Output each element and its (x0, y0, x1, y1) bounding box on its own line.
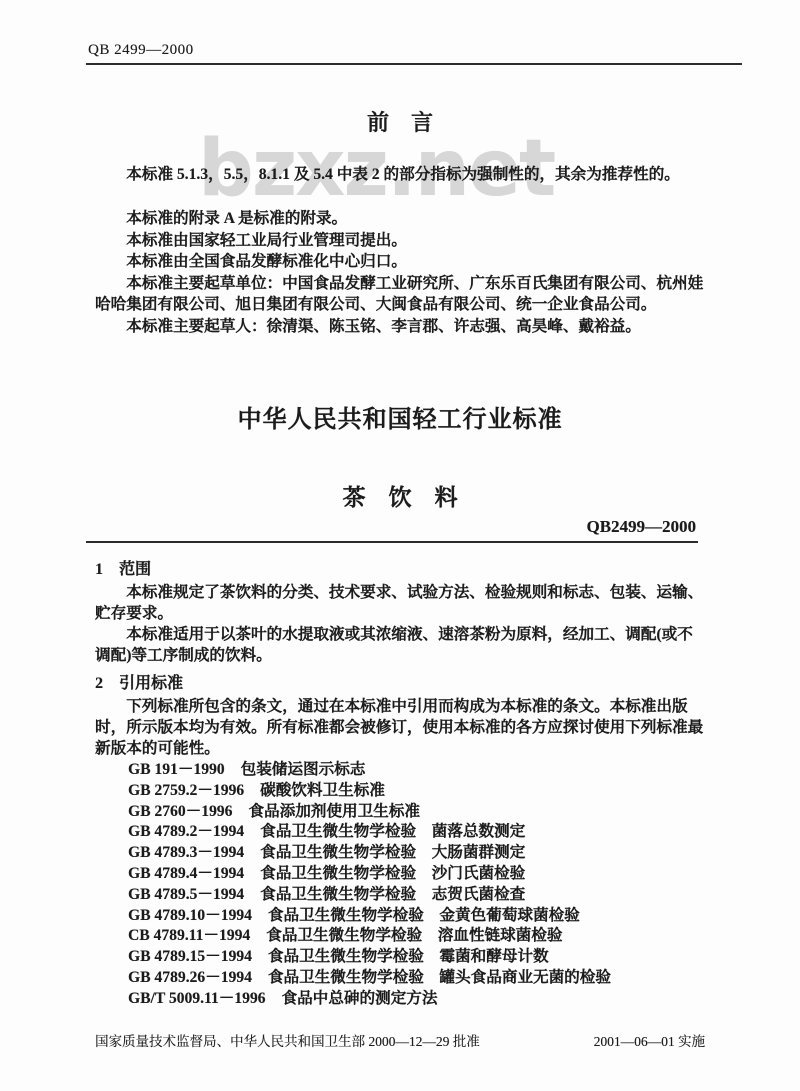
standard-subject-title: 茶 饮 料 (0, 479, 800, 512)
reference-code: GB 4789.3－1994 (128, 844, 244, 861)
foreword-paragraph: 本标准主要起草单位：中国食品发酵工业研究所、广东乐百氏集团有限公司、杭州娃哈哈集… (95, 273, 705, 316)
reference-title: 食品中总砷的测定方法 (281, 990, 437, 1007)
foreword-paragraph: 本标准的附录 A 是标准的附录。 (95, 208, 705, 230)
section-2-heading: 2 引用标准 (95, 673, 705, 694)
reference-title: 包装储运图示标志 (241, 761, 366, 778)
reference-code: CB 4789.11－1994 (128, 927, 250, 944)
reference-code: GB 4789.2－1994 (128, 823, 244, 840)
reference-code: GB 2759.2－1996 (128, 782, 244, 799)
foreword-paragraph: 本标准由国家轻工业局行业管理司提出。 (95, 230, 705, 252)
footer-approval-text: 国家质量技术监督局、中华人民共和国卫生部 2000—12—29 批准 (95, 1030, 480, 1050)
reference-code: GB 4789.15－1994 (128, 948, 252, 965)
header-divider (86, 63, 742, 65)
reference-item: GB 4789.10－1994食品卫生微生物学检验 金黄色葡萄球菌检验 (128, 906, 705, 927)
page-header-standard-code: QB 2499—2000 (88, 42, 194, 59)
reference-title: 食品卫生微生物学检验 菌落总数测定 (260, 823, 525, 840)
reference-title: 食品卫生微生物学检验 大肠菌群测定 (260, 844, 525, 861)
reference-item: GB 191－1990包装储运图示标志 (128, 760, 705, 781)
reference-item: GB 4789.4－1994食品卫生微生物学检验 沙门氏菌检验 (128, 864, 705, 885)
standard-authority-title: 中华人民共和国轻工行业标准 (0, 399, 800, 434)
reference-title: 碳酸饮料卫生标准 (260, 782, 385, 799)
scanned-standard-page: bzxz.net QB 2499—2000 前 言 本标准 5.1.3，5.5，… (0, 0, 800, 1091)
section-1-paragraph: 本标准规定了茶饮料的分类、技术要求、试验方法、检验规则和标志、包装、运输、贮存要… (95, 582, 705, 624)
referenced-standards-list: GB 191－1990包装储运图示标志 GB 2759.2－1996碳酸饮料卫生… (128, 760, 705, 1010)
reference-title: 食品卫生微生物学检验 罐头食品商业无菌的检验 (268, 969, 611, 986)
foreword-paragraph: 本标准主要起草人：徐清渠、陈玉铭、李言郡、许志强、高昊峰、戴裕益。 (95, 316, 705, 338)
reference-title: 食品卫生微生物学检验 溶血性链球菌检验 (266, 927, 562, 944)
main-body: 1 范围 本标准规定了茶饮料的分类、技术要求、试验方法、检验规则和标志、包装、运… (95, 559, 705, 1010)
reference-item: GB 4789.3－1994食品卫生微生物学检验 大肠菌群测定 (128, 843, 705, 864)
reference-code: GB 2760－1996 (128, 803, 232, 820)
standard-code: QB2499—2000 (86, 517, 696, 537)
reference-code: GB/T 5009.11－1996 (128, 990, 265, 1007)
section-1-paragraph: 本标准适用于以茶叶的水提取液或其浓缩液、速溶茶粉为原料，经加工、调配(或不调配)… (95, 624, 705, 666)
reference-item: GB 4789.15－1994食品卫生微生物学检验 霉菌和酵母计数 (128, 947, 705, 968)
reference-item: CB 4789.11－1994食品卫生微生物学检验 溶血性链球菌检验 (128, 926, 705, 947)
reference-item: GB/T 5009.11－1996食品中总砷的测定方法 (128, 989, 705, 1010)
reference-item: GB 2760－1996食品添加剂使用卫生标准 (128, 802, 705, 823)
reference-title: 食品添加剂使用卫生标准 (248, 803, 420, 820)
reference-code: GB 191－1990 (128, 761, 225, 778)
foreword-title: 前 言 (0, 106, 800, 137)
foreword-paragraph: 本标准由全国食品发酵标准化中心归口。 (95, 251, 705, 273)
reference-item: GB 4789.2－1994食品卫生微生物学检验 菌落总数测定 (128, 822, 705, 843)
reference-code: GB 4789.5－1994 (128, 886, 244, 903)
title-divider (86, 541, 698, 543)
reference-title: 食品卫生微生物学检验 志贺氏菌检查 (260, 886, 525, 903)
page-footer: 国家质量技术监督局、中华人民共和国卫生部 2000—12—29 批准 2001—… (95, 1030, 705, 1050)
section-1-heading: 1 范围 (95, 559, 705, 580)
reference-code: GB 4789.10－1994 (128, 907, 252, 924)
reference-code: GB 4789.4－1994 (128, 865, 244, 882)
reference-item: GB 4789.5－1994食品卫生微生物学检验 志贺氏菌检查 (128, 885, 705, 906)
foreword-paragraphs: 本标准的附录 A 是标准的附录。 本标准由国家轻工业局行业管理司提出。 本标准由… (95, 208, 705, 338)
foreword-intro-paragraph: 本标准 5.1.3，5.5，8.1.1 及 5.4 中表 2 的部分指标为强制性… (95, 164, 705, 186)
footer-implementation-date: 2001—06—01 实施 (594, 1030, 705, 1050)
section-2-intro-paragraph: 下列标准所包含的条文，通过在本标准中引用而构成为本标准的条文。本标准出版时，所示… (95, 696, 705, 759)
reference-item: GB 4789.26－1994食品卫生微生物学检验 罐头食品商业无菌的检验 (128, 968, 705, 989)
reference-title: 食品卫生微生物学检验 霉菌和酵母计数 (268, 948, 549, 965)
reference-title: 食品卫生微生物学检验 金黄色葡萄球菌检验 (268, 907, 580, 924)
reference-title: 食品卫生微生物学检验 沙门氏菌检验 (260, 865, 525, 882)
reference-code: GB 4789.26－1994 (128, 969, 252, 986)
reference-item: GB 2759.2－1996碳酸饮料卫生标准 (128, 781, 705, 802)
